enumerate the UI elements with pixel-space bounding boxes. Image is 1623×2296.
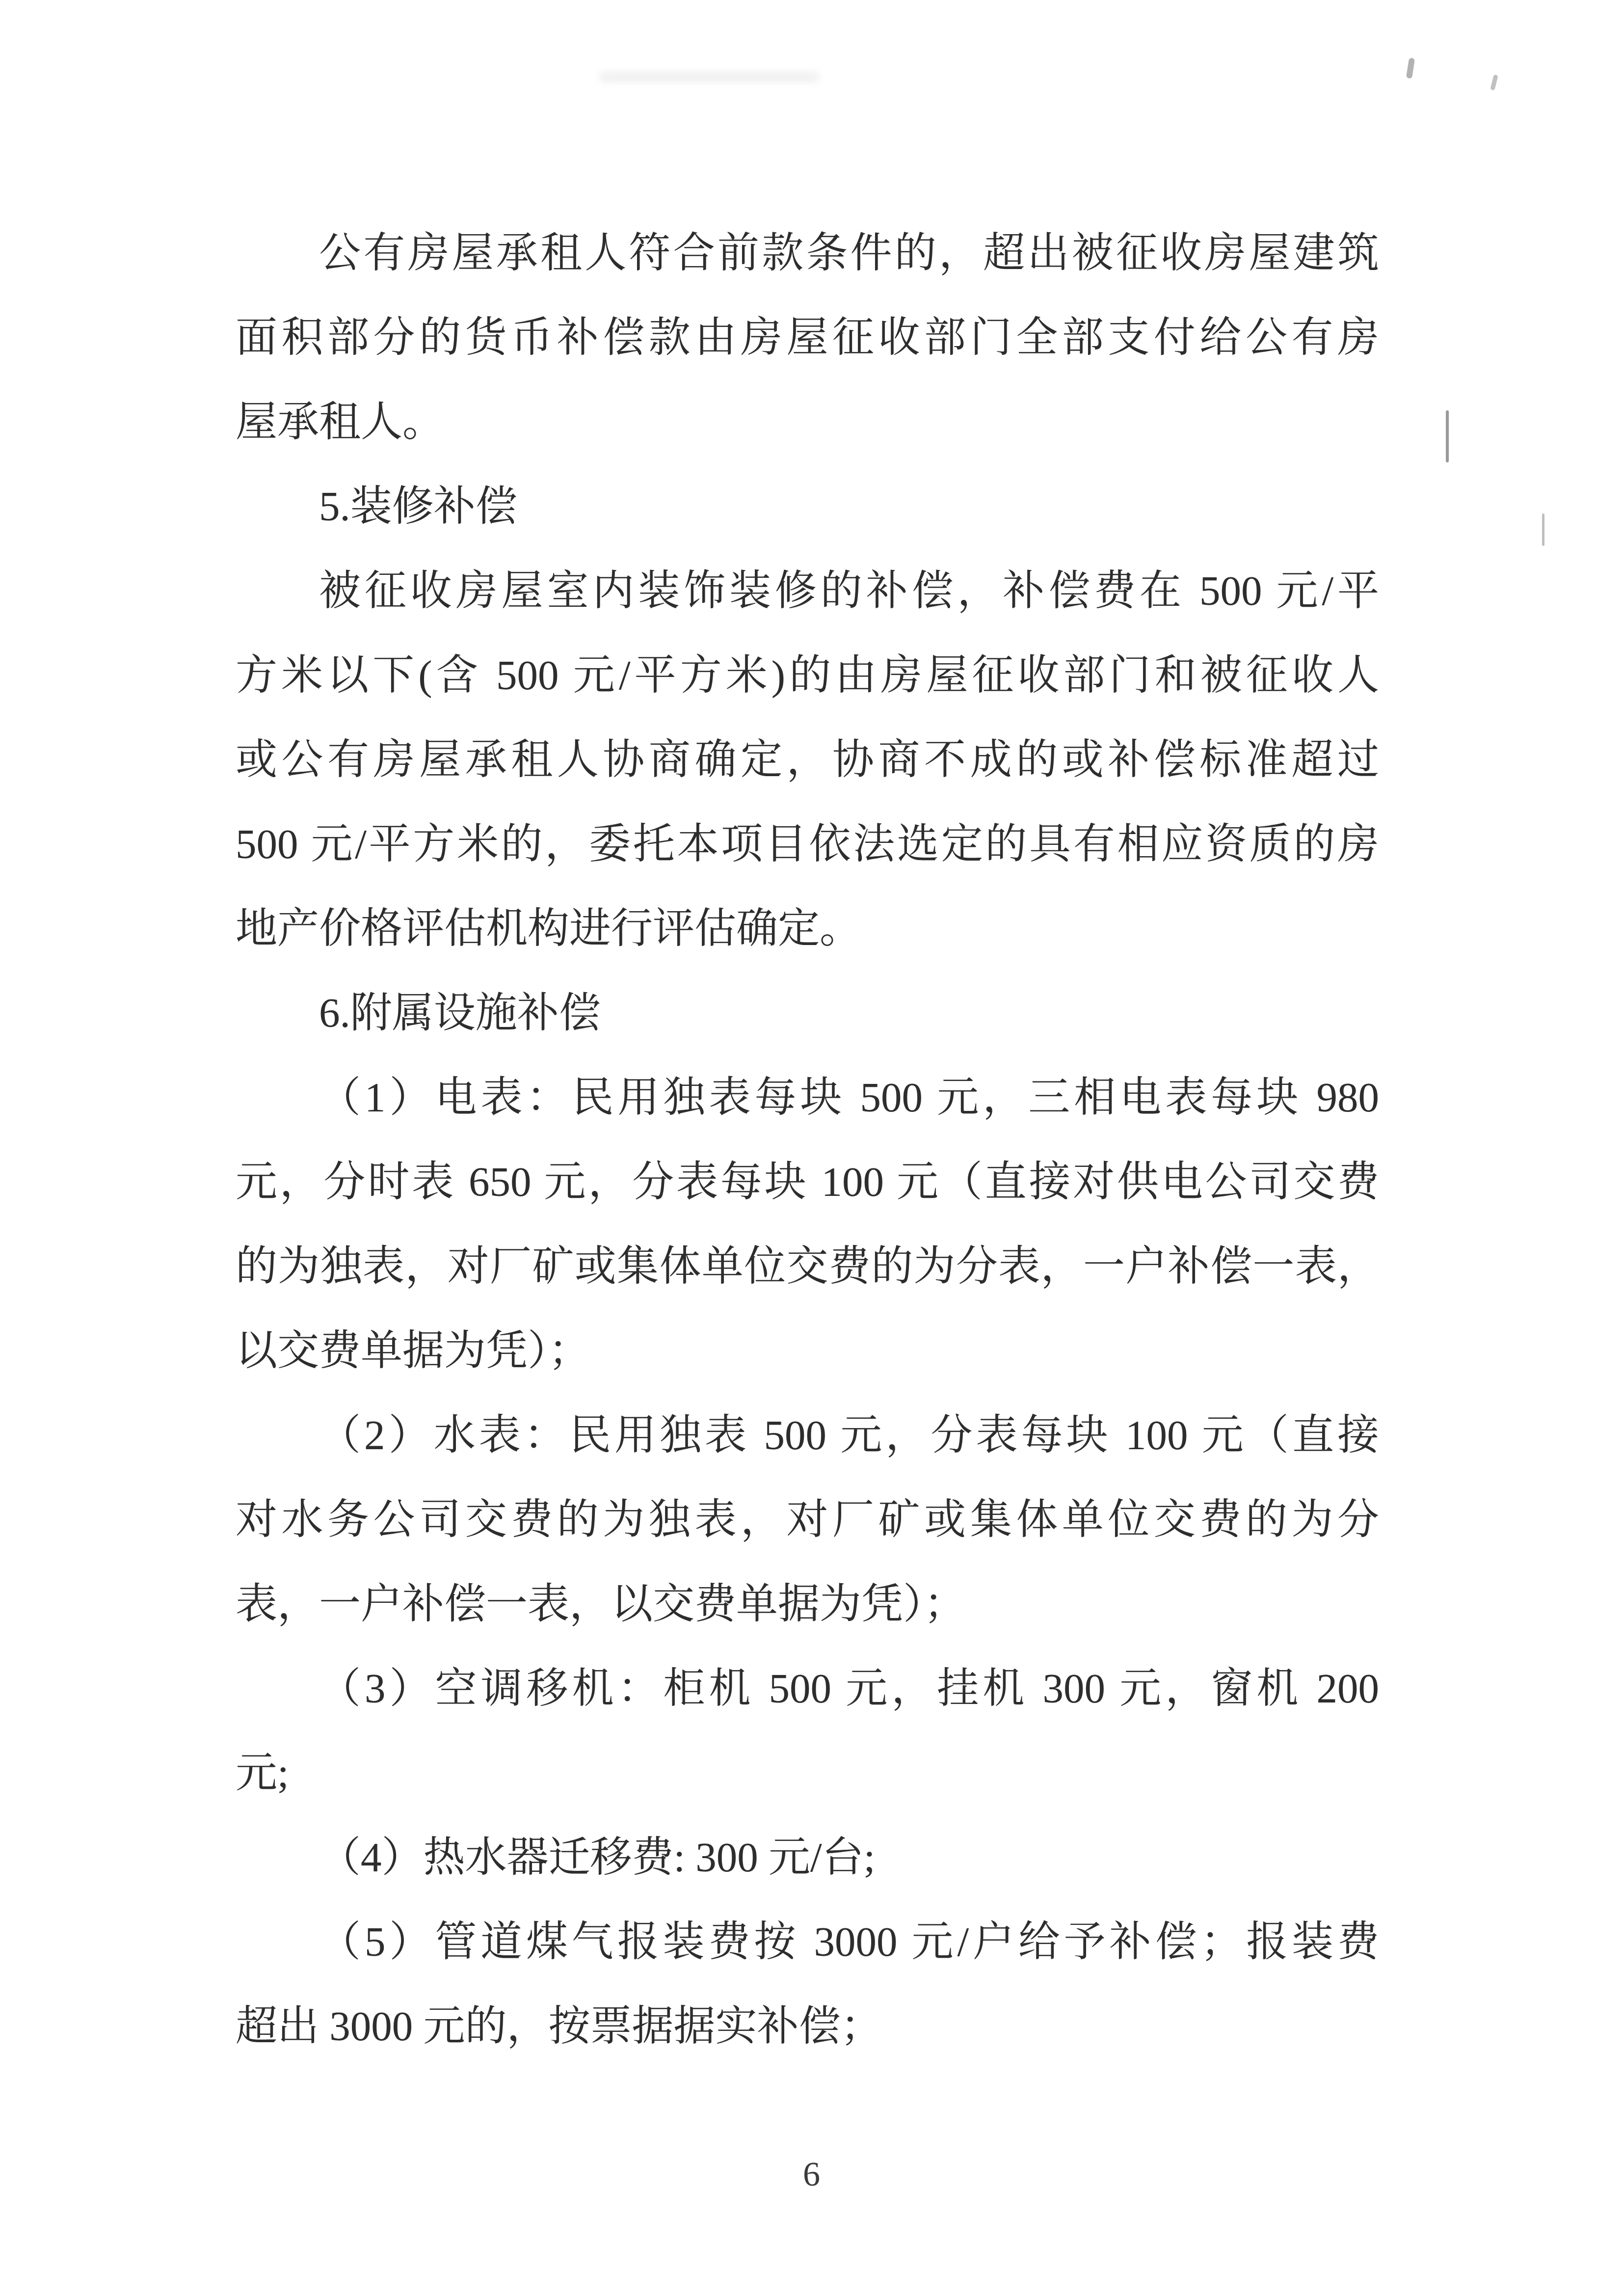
document-line: 方米以下(含 500 元/平方米)的由房屋征收部门和被征收人: [236, 633, 1379, 718]
heading-ancillary-facilities: 6.附属设施补偿: [236, 971, 1379, 1055]
document-body: 公有房屋承租人符合前款条件的，超出被征收房屋建筑 面积部分的货币补偿款由房屋征收…: [236, 211, 1379, 2069]
document-line: 公有房屋承租人符合前款条件的，超出被征收房屋建筑: [236, 211, 1379, 296]
document-line: 元;: [236, 1731, 1379, 1815]
scan-artifact-streak: [599, 71, 820, 83]
paragraph-electric-meter: （1）电表：民用独表每块 500 元，三相电表每块 980 元，分时表 650 …: [236, 1055, 1379, 1393]
document-line: 5.装修补偿: [236, 464, 1379, 549]
document-line: 屋承租人。: [236, 380, 1379, 464]
document-line: 表，一户补偿一表，以交费单据为凭）；: [236, 1562, 1379, 1647]
document-line: 面积部分的货币补偿款由房屋征收部门全部支付给公有房: [236, 296, 1379, 380]
paragraph-decoration-compensation: 被征收房屋室内装饰装修的补偿，补偿费在 500 元/平 方米以下(含 500 元…: [236, 549, 1379, 971]
document-line: 元，分时表 650 元，分表每块 100 元（直接对供电公司交费: [236, 1140, 1379, 1224]
document-line: 地产价格评估机构进行评估确定。: [236, 887, 1379, 971]
document-line: （5）管道煤气报装费按 3000 元/户给予补偿；报装费: [236, 1900, 1379, 1984]
paragraph-water-heater-relocation: （4）热水器迁移费: 300 元/台;: [236, 1815, 1379, 1900]
heading-decoration-compensation: 5.装修补偿: [236, 464, 1379, 549]
scan-artifact-dash: [1542, 513, 1544, 546]
scan-artifact-dash: [1446, 410, 1449, 462]
document-line: 500 元/平方米的，委托本项目依法选定的具有相应资质的房: [236, 802, 1379, 887]
document-line: 的为独表，对厂矿或集体单位交费的为分表，一户补偿一表，: [236, 1224, 1379, 1309]
document-line: 超出 3000 元的，按票据据实补偿；: [236, 1984, 1379, 2069]
document-line: （3）空调移机：柜机 500 元，挂机 300 元，窗机 200: [236, 1647, 1379, 1731]
document-line: （4）热水器迁移费: 300 元/台;: [236, 1815, 1379, 1900]
paragraph-gas-installation-fee: （5）管道煤气报装费按 3000 元/户给予补偿；报装费 超出 3000 元的，…: [236, 1900, 1379, 2069]
page-number: 6: [0, 2155, 1623, 2194]
document-line: 被征收房屋室内装饰装修的补偿，补偿费在 500 元/平: [236, 549, 1379, 633]
document-line: （2）水表：民用独表 500 元，分表每块 100 元（直接: [236, 1393, 1379, 1478]
scanned-document-page: 公有房屋承租人符合前款条件的，超出被征收房屋建筑 面积部分的货币补偿款由房屋征收…: [0, 0, 1623, 2296]
scan-artifact-speck: [1406, 57, 1415, 79]
paragraph-public-housing-tenant: 公有房屋承租人符合前款条件的，超出被征收房屋建筑 面积部分的货币补偿款由房屋征收…: [236, 211, 1379, 464]
document-line: 或公有房屋承租人协商确定，协商不成的或补偿标准超过: [236, 718, 1379, 802]
paragraph-water-meter: （2）水表：民用独表 500 元，分表每块 100 元（直接 对水务公司交费的为…: [236, 1393, 1379, 1647]
document-line: 6.附属设施补偿: [236, 971, 1379, 1055]
paragraph-air-conditioner-relocation: （3）空调移机：柜机 500 元，挂机 300 元，窗机 200 元;: [236, 1647, 1379, 1815]
scan-artifact-speck: [1490, 74, 1498, 90]
document-line: 以交费单据为凭）；: [236, 1309, 1379, 1393]
document-line: 对水务公司交费的为独表，对厂矿或集体单位交费的为分: [236, 1478, 1379, 1562]
document-line: （1）电表：民用独表每块 500 元，三相电表每块 980: [236, 1055, 1379, 1140]
